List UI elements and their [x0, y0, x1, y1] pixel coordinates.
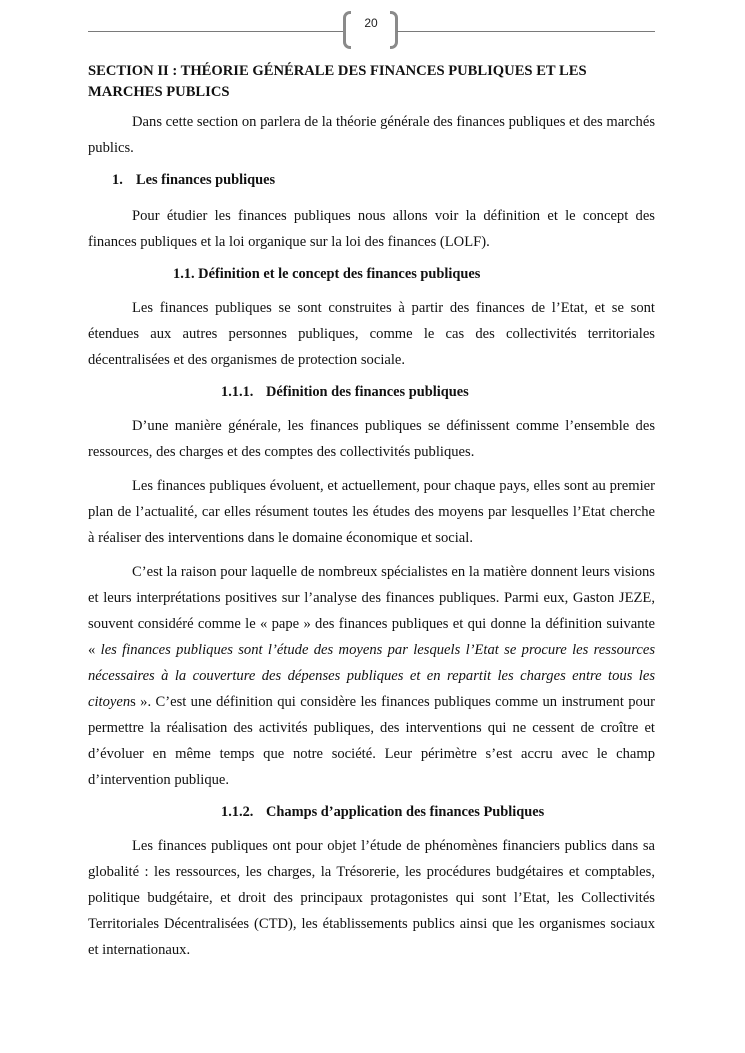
heading-title: Les finances publiques: [136, 172, 275, 188]
document-body: SECTION II : THÉORIE GÉNÉRALE DES FINANC…: [88, 57, 655, 971]
paragraph-2: Les finances publiques se sont construit…: [88, 295, 655, 373]
heading-number: 1.: [112, 169, 136, 191]
heading-number: 1.1.2.: [221, 801, 266, 823]
intro-paragraph: Dans cette section on parlera de la théo…: [88, 109, 655, 161]
paragraph-5-text-end: s ». C’est une définition qui considère …: [88, 694, 655, 788]
heading-1-1-1: 1.1.1.Définition des finances publiques: [88, 381, 655, 403]
paragraph-5: C’est la raison pour laquelle de nombreu…: [88, 559, 655, 793]
heading-title: Définition des finances publiques: [266, 384, 469, 400]
header-rule-right: [397, 31, 655, 32]
heading-1-1-2: 1.1.2.Champs d’application des finances …: [88, 801, 655, 823]
right-bracket-icon: [390, 11, 398, 49]
heading-number: 1.1.1.: [221, 381, 266, 403]
paragraph-3: D’une manière générale, les finances pub…: [88, 413, 655, 465]
heading-1: 1.Les finances publiques: [88, 169, 655, 191]
section-title: SECTION II : THÉORIE GÉNÉRALE DES FINANC…: [88, 61, 655, 103]
paragraph-4: Les finances publiques évoluent, et actu…: [88, 473, 655, 551]
heading-title: Champs d’application des finances Publiq…: [266, 804, 544, 820]
paragraph-1: Pour étudier les finances publiques nous…: [88, 203, 655, 255]
heading-1-1: 1.1. Définition et le concept des financ…: [88, 263, 655, 285]
page-number: 20: [352, 16, 390, 30]
header-rule-left: [88, 31, 344, 32]
left-bracket-icon: [343, 11, 351, 49]
paragraph-6: Les finances publiques ont pour objet l’…: [88, 833, 655, 963]
